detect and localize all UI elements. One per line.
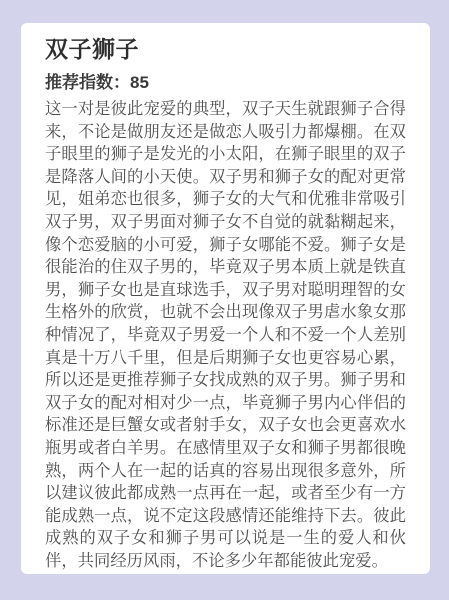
rating-label: 推荐指数： [45,73,130,92]
article-body: 这一对是彼此宠爱的典型，双子天生就跟狮子合得来，不论是做朋友还是做恋人吸引力都爆… [45,98,406,572]
page-title: 双子狮子 [45,34,406,64]
page-background: { "page": { "background_color": "#d3d4ec… [0,0,449,600]
content-card: 双子狮子 推荐指数：85 这一对是彼此宠爱的典型，双子天生就跟狮子合得来，不论是… [21,23,430,574]
rating-value: 85 [130,73,149,92]
rating-line: 推荐指数：85 [45,71,406,94]
